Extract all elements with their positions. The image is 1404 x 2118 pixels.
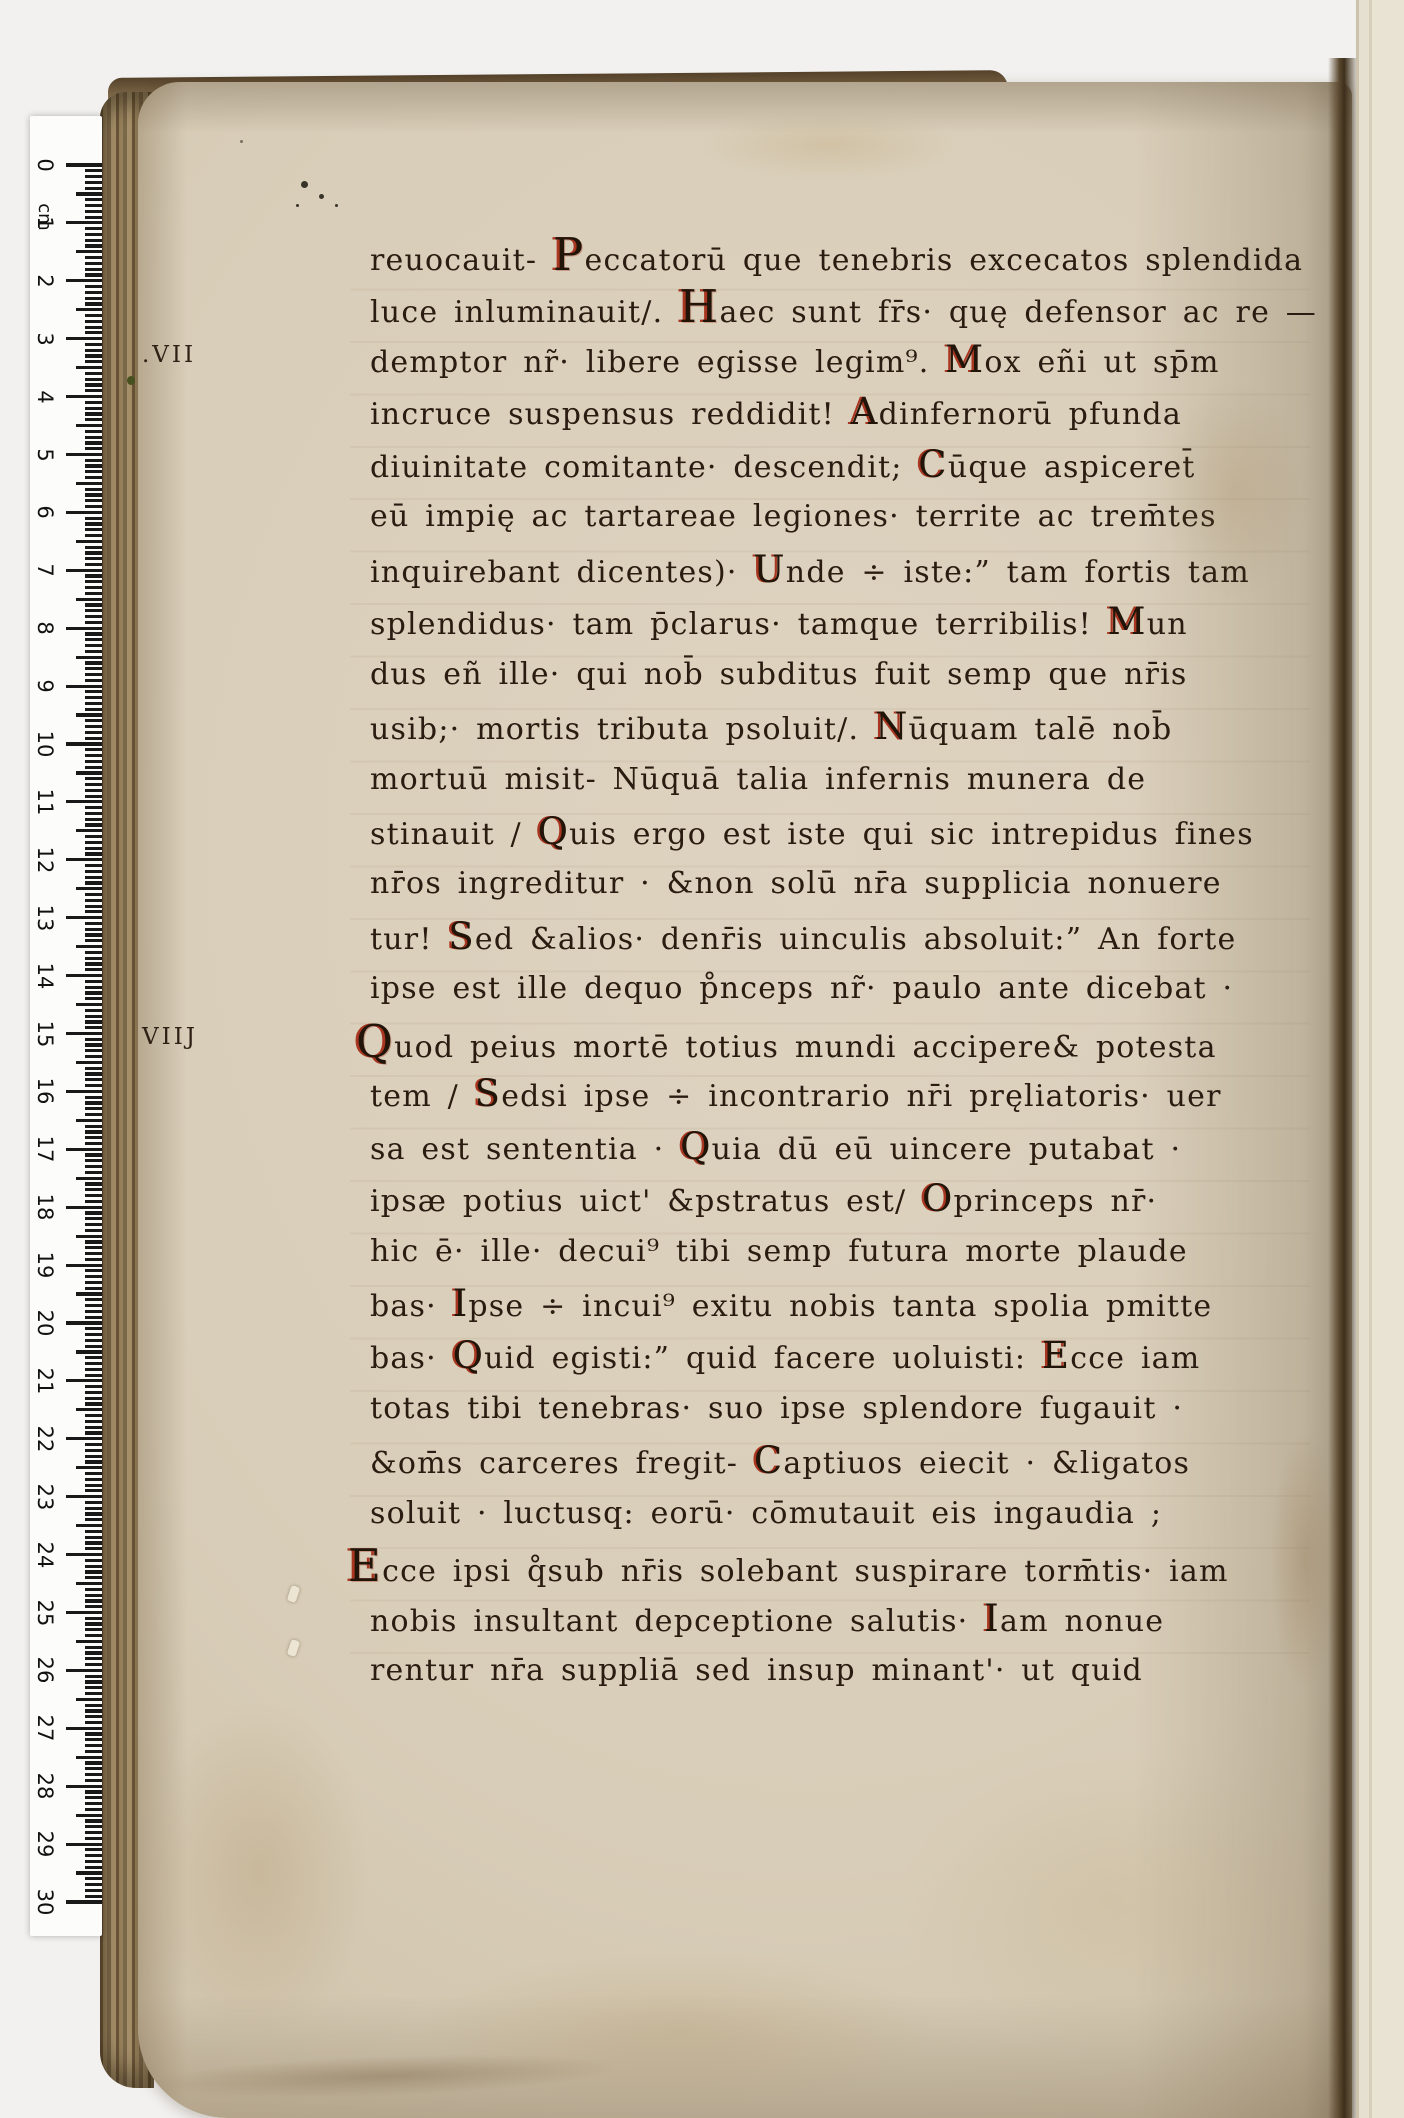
ink-speck (335, 204, 338, 207)
ruler-number: 21 (32, 1368, 58, 1394)
ruler-tick (85, 470, 102, 473)
ruler-tick (85, 1420, 102, 1423)
text-segment: nobis insultant depceptione salutis· (370, 1604, 984, 1639)
ruler-tick (85, 1298, 102, 1301)
ruler-tick (85, 847, 102, 850)
ruler-number: 15 (32, 1021, 58, 1047)
gutter-seam (1328, 58, 1356, 2118)
ruler-tick (76, 482, 102, 485)
ruler-tick (76, 1177, 102, 1180)
text-line: sa est sententia · Quia dū eū uincere pu… (370, 1121, 1181, 1173)
ruler-tick (85, 1391, 102, 1394)
ruler-tick (76, 1235, 102, 1238)
ruler-tick (76, 1582, 102, 1585)
ruler-tick (76, 1350, 102, 1353)
ruler-tick (85, 1316, 102, 1319)
ruler-tick (66, 858, 102, 861)
ruler-tick (66, 511, 102, 514)
ruler-tick (85, 835, 102, 838)
ruler-tick (85, 1043, 102, 1046)
ruler-tick (85, 1536, 102, 1539)
text-segment: uod peius mortē totius mundi accipere& p… (394, 1030, 1217, 1065)
ruler-tick (85, 980, 102, 983)
ruler-tick (76, 1061, 102, 1064)
ruler-tick (85, 1501, 102, 1504)
ruler-tick (85, 557, 102, 560)
ruler-tick (85, 1663, 102, 1666)
ruler-tick (85, 1258, 102, 1261)
ruler-tick (85, 632, 102, 635)
ruler-tick (85, 609, 102, 612)
ruler-tick (85, 1790, 102, 1793)
text-line: &om̄s carceres fregit- Captiuos eiecit ·… (370, 1435, 1190, 1487)
rubricated-initial: Q (680, 1125, 712, 1168)
text-segment: cce iam (1070, 1341, 1200, 1376)
text-segment: bas· (370, 1289, 453, 1324)
ruler-tick (85, 1744, 102, 1747)
rubricated-initial: E (348, 1539, 382, 1592)
ruler-tick (85, 268, 102, 271)
ruler-tick (85, 1339, 102, 1342)
ruler-tick (66, 1379, 102, 1382)
ruler-tick (66, 1264, 102, 1267)
ruler-tick (66, 1090, 102, 1093)
ruler-number: 26 (32, 1657, 58, 1683)
ruler-tick (66, 279, 102, 282)
ruler-tick (85, 1223, 102, 1226)
rubricated-initial: N (875, 705, 909, 748)
text-segment: stinauit / (370, 817, 538, 852)
ruler-tick (85, 1078, 102, 1081)
ruler-tick (76, 1871, 102, 1874)
text-segment: incruce suspensus reddidit! (370, 397, 851, 432)
ruler-tick (85, 181, 102, 184)
ruler-tick (85, 1854, 102, 1857)
text-line: ipsæ potius uict' &pstratus est/ Oprince… (370, 1173, 1157, 1225)
ruler-tick (85, 320, 102, 323)
ruler-tick (85, 1217, 102, 1220)
ruler-tick (85, 1026, 102, 1029)
ruler-tick (85, 986, 102, 989)
ruler-tick (85, 823, 102, 826)
ruler-tick (85, 244, 102, 247)
ruler-tick (85, 1732, 102, 1735)
ruler-tick (66, 800, 102, 803)
text-segment: ipse est ille dequo p̊nceps nr̃· paulo a… (370, 971, 1233, 1006)
ruler-tick (85, 766, 102, 769)
ruler-number: 24 (32, 1542, 58, 1568)
text-segment: tem / (370, 1079, 475, 1114)
ruler-tick (85, 1848, 102, 1851)
text-segment: edsi ipse ÷ incontrario nr̄i pręliatoris… (501, 1079, 1221, 1114)
ruler-number: 18 (32, 1194, 58, 1220)
green-speck (127, 376, 135, 385)
text-line: luce inluminauit/. Haec sunt fr̄s· quę d… (370, 281, 1317, 333)
ruler-tick (85, 928, 102, 931)
ruler-tick (85, 991, 102, 994)
ruler-tick (85, 795, 102, 798)
text-line: demptor nr̃· libere egisse legim⁹. Mox e… (370, 334, 1220, 386)
ruler-number: 8 (32, 615, 58, 641)
ink-speck (240, 140, 243, 143)
text-segment: dus eñ ille· qui nob̄ subditus fuit semp… (370, 657, 1188, 692)
ruler-number: 22 (32, 1426, 58, 1452)
ruler-tick (85, 1680, 102, 1683)
ruler-tick (76, 308, 102, 311)
ruler-tick (85, 1038, 102, 1041)
ruler-tick (85, 1767, 102, 1770)
ruler-tick (66, 1321, 102, 1324)
ruler-number: 5 (32, 442, 58, 468)
ruler-tick (85, 957, 102, 960)
ruler-tick (66, 1148, 102, 1151)
ruler-tick (66, 1727, 102, 1730)
ruler-tick (85, 1802, 102, 1805)
text-segment: princeps nr̄· (954, 1184, 1158, 1219)
text-line: Quod peius mortē totius mundi accipere& … (356, 1016, 1217, 1068)
ruler-tick (85, 1333, 102, 1336)
ruler-number: 25 (32, 1600, 58, 1626)
ruler-tick (85, 754, 102, 757)
ruler-tick (66, 742, 102, 745)
ruler-tick (85, 256, 102, 259)
ruler-tick (85, 644, 102, 647)
ruler-tick (85, 210, 102, 213)
rubricated-initial: M (1108, 600, 1147, 643)
ruler-tick (85, 1622, 102, 1625)
chapter-number: .VII (142, 342, 196, 368)
ruler-tick (85, 592, 102, 595)
ruler-tick (85, 1484, 102, 1487)
ruler-tick (85, 1020, 102, 1023)
ruler-tick (85, 812, 102, 815)
ruler-tick (85, 893, 102, 896)
ruler-tick (85, 389, 102, 392)
ruler-number: 6 (32, 499, 58, 525)
ruler-tick (85, 1055, 102, 1058)
rubricated-initial: E (1042, 1334, 1070, 1377)
ruler-tick (85, 702, 102, 705)
rubricated-initial: O (922, 1177, 954, 1220)
text-line: stinauit / Quis ergo est iste qui sic in… (370, 806, 1254, 858)
ruler-tick (76, 1756, 102, 1759)
ruler-tick (85, 1072, 102, 1075)
ruler-tick (85, 1136, 102, 1139)
ruler-tick (85, 1246, 102, 1249)
text-segment: inquirebant dicentes)· (370, 555, 753, 590)
ruler-tick (85, 922, 102, 925)
ruler-tick (85, 522, 102, 525)
ruler-tick (85, 1240, 102, 1243)
ruler-tick (85, 1171, 102, 1174)
ruler-tick (85, 1646, 102, 1649)
ruler-number: 27 (32, 1715, 58, 1741)
ruler-tick (76, 829, 102, 832)
text-line: incruce suspensus reddidit! Adinfernorū … (370, 386, 1182, 438)
ruler-tick (85, 1113, 102, 1116)
ruler-tick (66, 1611, 102, 1614)
ruler-tick (85, 708, 102, 711)
ruler-tick (66, 569, 102, 572)
text-segment: ipsæ potius uict' &pstratus est/ (370, 1184, 922, 1219)
ruler-tick (85, 464, 102, 467)
ruler-tick (85, 528, 102, 531)
ruler-tick (85, 297, 102, 300)
ruler-tick (85, 783, 102, 786)
ruler-number: 2 (32, 268, 58, 294)
ruler-tick (85, 777, 102, 780)
ruler-tick (85, 1142, 102, 1145)
ruler-tick (85, 864, 102, 867)
rubricated-initial: C (918, 443, 948, 486)
text-line: hic ē· ille· decui⁹ tibi semp futura mor… (370, 1226, 1188, 1278)
rubricated-initial: A (851, 390, 879, 433)
text-segment: eū impię ac tartareae legiones· territe … (370, 499, 1217, 534)
text-segment: aptiuos eiecit · &ligatos (783, 1446, 1190, 1481)
text-segment: demptor nr̃· libere egisse legim⁹. (370, 345, 945, 380)
ruler-tick (85, 615, 102, 618)
ruler-tick (85, 1159, 102, 1162)
ruler-tick (85, 1692, 102, 1695)
ruler-tick (85, 725, 102, 728)
ruler-tick (76, 1640, 102, 1643)
ruler-tick (85, 378, 102, 381)
text-line: nr̄os ingreditur · &non solū nr̄a suppli… (370, 858, 1222, 910)
ruler-tick (85, 1084, 102, 1087)
ruler-number: 3 (32, 326, 58, 352)
rubricated-initial: C (754, 1439, 784, 1482)
ruler-tick (66, 1032, 102, 1035)
text-line: Ecce ipsi q̊sub nr̄is solebant suspirare… (348, 1540, 1229, 1592)
text-segment: soluit · luctusq: eorū· cōmutauit eis in… (370, 1496, 1162, 1531)
text-line: eū impię ac tartareae legiones· territe … (370, 491, 1217, 543)
text-line: splendidus· tam p̄clarus· tamque terribi… (370, 596, 1188, 648)
rubricated-initial: U (753, 548, 785, 591)
ruler-tick (85, 968, 102, 971)
ruler-tick (85, 997, 102, 1000)
ruler-tick (85, 1617, 102, 1620)
ruler-tick (85, 1304, 102, 1307)
ruler-tick (85, 1194, 102, 1197)
ruler-tick (85, 586, 102, 589)
text-segment: uid egisti:” quid facere uoluisti: (484, 1341, 1042, 1376)
ruler-tick (85, 1096, 102, 1099)
ruler-number: 0 (32, 152, 58, 178)
ink-speck (319, 194, 324, 199)
ruler-tick (85, 1489, 102, 1492)
ruler-number: 4 (32, 384, 58, 410)
ruler-tick (85, 951, 102, 954)
text-line: bas· Ipse ÷ incui⁹ exitu nobis tanta spo… (370, 1278, 1212, 1330)
ruler-tick (85, 1281, 102, 1284)
text-segment: luce inluminauit/. (370, 295, 679, 330)
ruler-tick (85, 1182, 102, 1185)
text-segment: eccatorū que tenebris excecatos splendid… (585, 243, 1304, 278)
ruler-tick (85, 343, 102, 346)
ruler-tick (85, 175, 102, 178)
ruler-tick (85, 1455, 102, 1458)
ruler-tick (66, 974, 102, 977)
ruler-tick (76, 1292, 102, 1295)
ruler-tick (85, 1796, 102, 1799)
ruler-tick (85, 1518, 102, 1521)
ruler-tick (85, 1657, 102, 1660)
ruler-tick (85, 667, 102, 670)
ruler-tick (76, 1003, 102, 1006)
ruler-tick (85, 1837, 102, 1840)
ruler-tick (85, 621, 102, 624)
ruler-tick (76, 1698, 102, 1701)
ruler-tick (85, 806, 102, 809)
ruler-tick (85, 216, 102, 219)
ruler-tick (85, 1130, 102, 1133)
text-segment: uis ergo est iste qui sic intrepidus fin… (569, 817, 1254, 852)
text-line: dus eñ ille· qui nob̄ subditus fuit semp… (370, 649, 1188, 701)
ruler-tick (76, 713, 102, 716)
ruler-tick (85, 1559, 102, 1562)
ruler-tick (85, 546, 102, 549)
ruler-tick (85, 1889, 102, 1892)
text-line: tur! Sed &alios· denr̄is uinculis absolu… (370, 911, 1236, 963)
ruler-number: 13 (32, 905, 58, 931)
ruler-tick (85, 169, 102, 172)
ruler-tick (85, 285, 102, 288)
ruler-tick (85, 1819, 102, 1822)
manuscript-photo: cm 0123456789101112131415161718192021222… (0, 0, 1404, 2118)
ruler-tick (85, 505, 102, 508)
ruler-tick (85, 227, 102, 230)
parchment-stain (1270, 1430, 1340, 1690)
text-line: usib;· mortis tributa psoluit/. Nūquam t… (370, 701, 1172, 753)
ruler-tick (85, 1015, 102, 1018)
ruler-tick (66, 685, 102, 688)
ruler-tick (85, 1165, 102, 1168)
ruler-number: 16 (32, 1078, 58, 1104)
ruler-tick (85, 517, 102, 520)
ruler-tick (85, 233, 102, 236)
ruler-tick (76, 1524, 102, 1527)
ruler-tick (85, 1594, 102, 1597)
ruler-tick (66, 1495, 102, 1498)
ruler-tick (85, 273, 102, 276)
text-segment: ed &alios· denr̄is uinculis absoluit:” A… (475, 922, 1237, 957)
ink-speck (296, 204, 299, 207)
ruler-tick (85, 899, 102, 902)
ruler-tick (85, 1628, 102, 1631)
ruler-tick (76, 192, 102, 195)
ruler-tick (85, 291, 102, 294)
ruler-tick (85, 1634, 102, 1637)
text-line: bas· Quid egisti:” quid facere uoluisti:… (370, 1330, 1200, 1382)
ruler-tick (85, 1402, 102, 1405)
ruler-tick (85, 1153, 102, 1156)
ruler-tick (85, 239, 102, 242)
text-segment: aec sunt fr̄s· quę defensor ac re — (720, 295, 1317, 330)
ruler-tick (85, 1368, 102, 1371)
ruler-tick (85, 1252, 102, 1255)
ruler-number: 7 (32, 557, 58, 583)
ruler-tick (85, 1362, 102, 1365)
ruler-tick (76, 598, 102, 601)
ruler-tick (85, 1825, 102, 1828)
ruler-tick (85, 436, 102, 439)
ruler-tick (85, 1530, 102, 1533)
ruler-tick (85, 603, 102, 606)
ruler-tick (85, 314, 102, 317)
ruler-tick (66, 221, 102, 224)
text-line: mortuū misit- Nūquā talia infernis muner… (370, 754, 1146, 806)
text-segment: dinfernorū pfunda (879, 397, 1182, 432)
text-line: tem / Sedsi ipse ÷ incontrario nr̄i pręl… (370, 1068, 1222, 1120)
ruler-tick (85, 1675, 102, 1678)
ruler-tick (85, 1721, 102, 1724)
ruler-tick (85, 939, 102, 942)
text-segment: usib;· mortis tributa psoluit/. (370, 712, 875, 747)
ruler-tick (85, 488, 102, 491)
ruler-tick (85, 870, 102, 873)
text-segment: pse ÷ incui⁹ exitu nobis tanta spolia pm… (468, 1289, 1212, 1324)
ruler-tick (76, 250, 102, 253)
ruler-tick (85, 1049, 102, 1052)
rubricated-initial: S (448, 915, 475, 958)
ruler-tick (85, 1431, 102, 1434)
ruler-tick (66, 395, 102, 398)
text-segment: rentur nr̄a suppliā sed insup minant'· u… (370, 1653, 1143, 1688)
ruler-tick (85, 407, 102, 410)
ruler-tick (66, 1843, 102, 1846)
text-segment: diuinitate comitante· descendit; (370, 450, 918, 485)
ruler-tick (85, 719, 102, 722)
ruler-tick (66, 1437, 102, 1440)
ruler-tick (85, 441, 102, 444)
text-segment: hic ē· ille· decui⁹ tibi semp futura mor… (370, 1234, 1188, 1269)
ruler-number: 10 (32, 731, 58, 757)
ruler-tick (85, 1866, 102, 1869)
ruler-tick (85, 1507, 102, 1510)
ruler-tick (85, 661, 102, 664)
ruler-tick (85, 1478, 102, 1481)
ruler-tick (85, 1125, 102, 1128)
ruler-tick (76, 1466, 102, 1469)
ruler-tick (85, 1188, 102, 1191)
ruler-tick (85, 1895, 102, 1898)
text-segment: splendidus· tam p̄clarus· tamque terribi… (370, 607, 1108, 642)
ruler-tick (85, 447, 102, 450)
ruler-tick (85, 262, 102, 265)
ruler-tick (85, 198, 102, 201)
ruler-tick (85, 1426, 102, 1429)
ruler-tick (85, 748, 102, 751)
ruler-tick (85, 1877, 102, 1880)
ruler-tick (85, 1605, 102, 1608)
ruler-tick (85, 551, 102, 554)
text-segment: &om̄s carceres fregit- (370, 1446, 754, 1481)
text-segment: cce ipsi q̊sub nr̄is solebant suspirare … (382, 1554, 1229, 1589)
text-segment: ūque aspiceret̄ (948, 450, 1196, 485)
ruler-tick (76, 1408, 102, 1411)
ruler-tick (85, 1327, 102, 1330)
ruler-tick (66, 916, 102, 919)
ruler-tick (85, 650, 102, 653)
text-line: nobis insultant depceptione salutis· Iam… (370, 1593, 1164, 1645)
ruler-tick (76, 424, 102, 427)
ruler-tick (85, 1009, 102, 1012)
ruler-tick (85, 910, 102, 913)
ruler-tick (66, 1206, 102, 1209)
ruler-tick (76, 887, 102, 890)
ruler: cm 0123456789101112131415161718192021222… (30, 116, 102, 1936)
ruler-tick (85, 690, 102, 693)
